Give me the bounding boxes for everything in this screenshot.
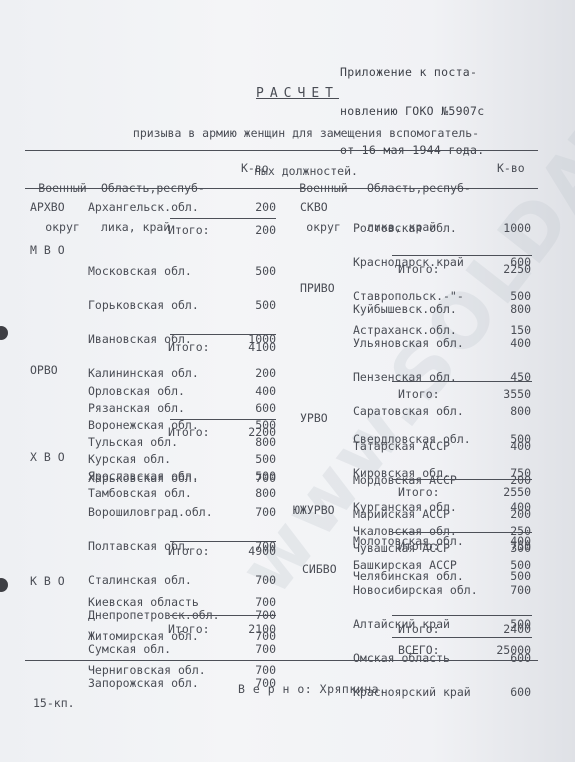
qty-list: 700 500 600 600 [491,562,531,722]
total-value: 2250 [481,262,531,276]
document-page: www.SOLDAT.ru Приложение к поста- новлен… [0,0,575,762]
district-code: УРВО [300,411,328,425]
region-name: Московская обл. [88,266,199,277]
header-district-line2: округ [30,221,95,234]
header-qty-right: К-во [497,162,525,175]
total-label: Итого: [168,340,210,354]
district-code: Х В О [30,450,65,464]
region-qty: 800 [491,304,531,315]
region-name: Горьковская обл. [88,300,199,311]
header-district-line1: Военный [30,182,95,195]
region-qty: 700 [236,597,276,608]
region-qty: 500 [236,266,276,277]
subtotal-rule [170,419,276,420]
document-title: РАСЧЕТ [0,86,575,101]
region-qty: 500 [491,434,531,445]
title-text: РАСЧЕТ [256,86,339,101]
total-value: 4100 [226,340,276,354]
punch-hole [0,578,8,592]
region-name: Черниговская обл. [88,665,206,676]
region-name: Ростовская обл. [353,223,464,234]
grand-total-rule [392,637,532,638]
total-label: Итого: [398,485,440,499]
reference-number: 15-кп. [33,696,75,710]
total-value: 2550 [481,485,531,499]
total-value: 750 [481,539,531,553]
region-qty: 200 [236,200,276,214]
total-label: Итого: [168,544,210,558]
region-name: Ульяновская обл. [353,338,464,349]
total-label: Итого: [398,262,440,276]
district-code: ЮЖУРВО [293,503,335,517]
total-label: Итого: [398,539,440,553]
region-name: Куйбышевск.обл. [353,304,464,315]
region-name: Кировская обл. [353,468,471,479]
total-value: 2400 [481,622,531,636]
district-code: М В О [30,243,65,257]
district-code: ОРВО [30,363,58,377]
punch-hole [0,326,8,340]
grand-total-label: ВСЕГО: [398,643,440,657]
region-qty: 700 [236,507,276,518]
grand-total-value: 25000 [481,643,531,657]
total-value: 3550 [481,387,531,401]
subtotal-rule [170,218,276,219]
subtotal-rule [392,255,532,256]
region-qty: 400 [236,386,276,397]
certification: В е р н о: Хряпкина. [238,682,386,696]
subtotal-rule [170,334,276,335]
region-name: Орловская обл. [88,386,199,397]
table-bottom-rule [25,660,538,661]
total-value: 2100 [226,622,276,636]
region-qty: 400 [491,338,531,349]
region-qty: 600 [491,687,531,698]
district-code: АРХВО [30,200,65,214]
region-name: Ворошиловград.обл. [88,507,220,518]
region-name: Архангельск.обл. [88,200,199,214]
total-label: Итого: [168,622,210,636]
region-name: Киевская область [88,597,206,608]
district-code: К В О [30,574,65,588]
region-list: Новосибирская обл. Алтайский край Омская… [353,562,478,722]
region-name: Харьковская обл. [88,473,220,484]
subtotal-rule [392,615,532,616]
appendix-line: Приложение к поста- [340,66,570,79]
district-code: ПРИВО [300,281,335,295]
district-code: СИБВО [302,562,337,576]
region-qty: 700 [236,665,276,676]
region-qty: 700 [491,585,531,596]
header-district-line2: округ [291,221,356,234]
subtotal-rule [170,541,276,542]
header-region-line1: Область,респуб- [367,182,471,195]
total-label: Итого: [398,622,440,636]
total-value: 2200 [226,425,276,439]
qty-list: 700 700 700 [236,574,276,699]
total-value: 4900 [226,544,276,558]
region-qty: 750 [491,468,531,479]
region-list: Киевская область Житомирская обл. Черниг… [88,574,206,699]
district-code: СКВО [300,200,328,214]
header-top-rule [25,150,538,151]
total-label: Итого: [168,425,210,439]
header-region-line1: Область,респуб- [101,182,205,195]
region-qty: 700 [236,473,276,484]
subtitle-line: призыва в армию женщин для замещения всп… [96,127,516,140]
subtotal-rule [392,532,532,533]
region-qty: 1000 [491,223,531,234]
subtotal-rule [392,381,532,382]
subtotal-rule [392,479,532,480]
total-label: Итого: [168,223,210,237]
header-district-line1: Военный [291,182,356,195]
region-name: Новосибирская обл. [353,585,478,596]
total-label: Итого: [398,387,440,401]
region-qty: 500 [236,300,276,311]
header-qty: К-во [241,162,269,175]
subtotal-rule [170,615,276,616]
region-name: Свердловская обл. [353,434,471,445]
total-value: 200 [226,223,276,237]
